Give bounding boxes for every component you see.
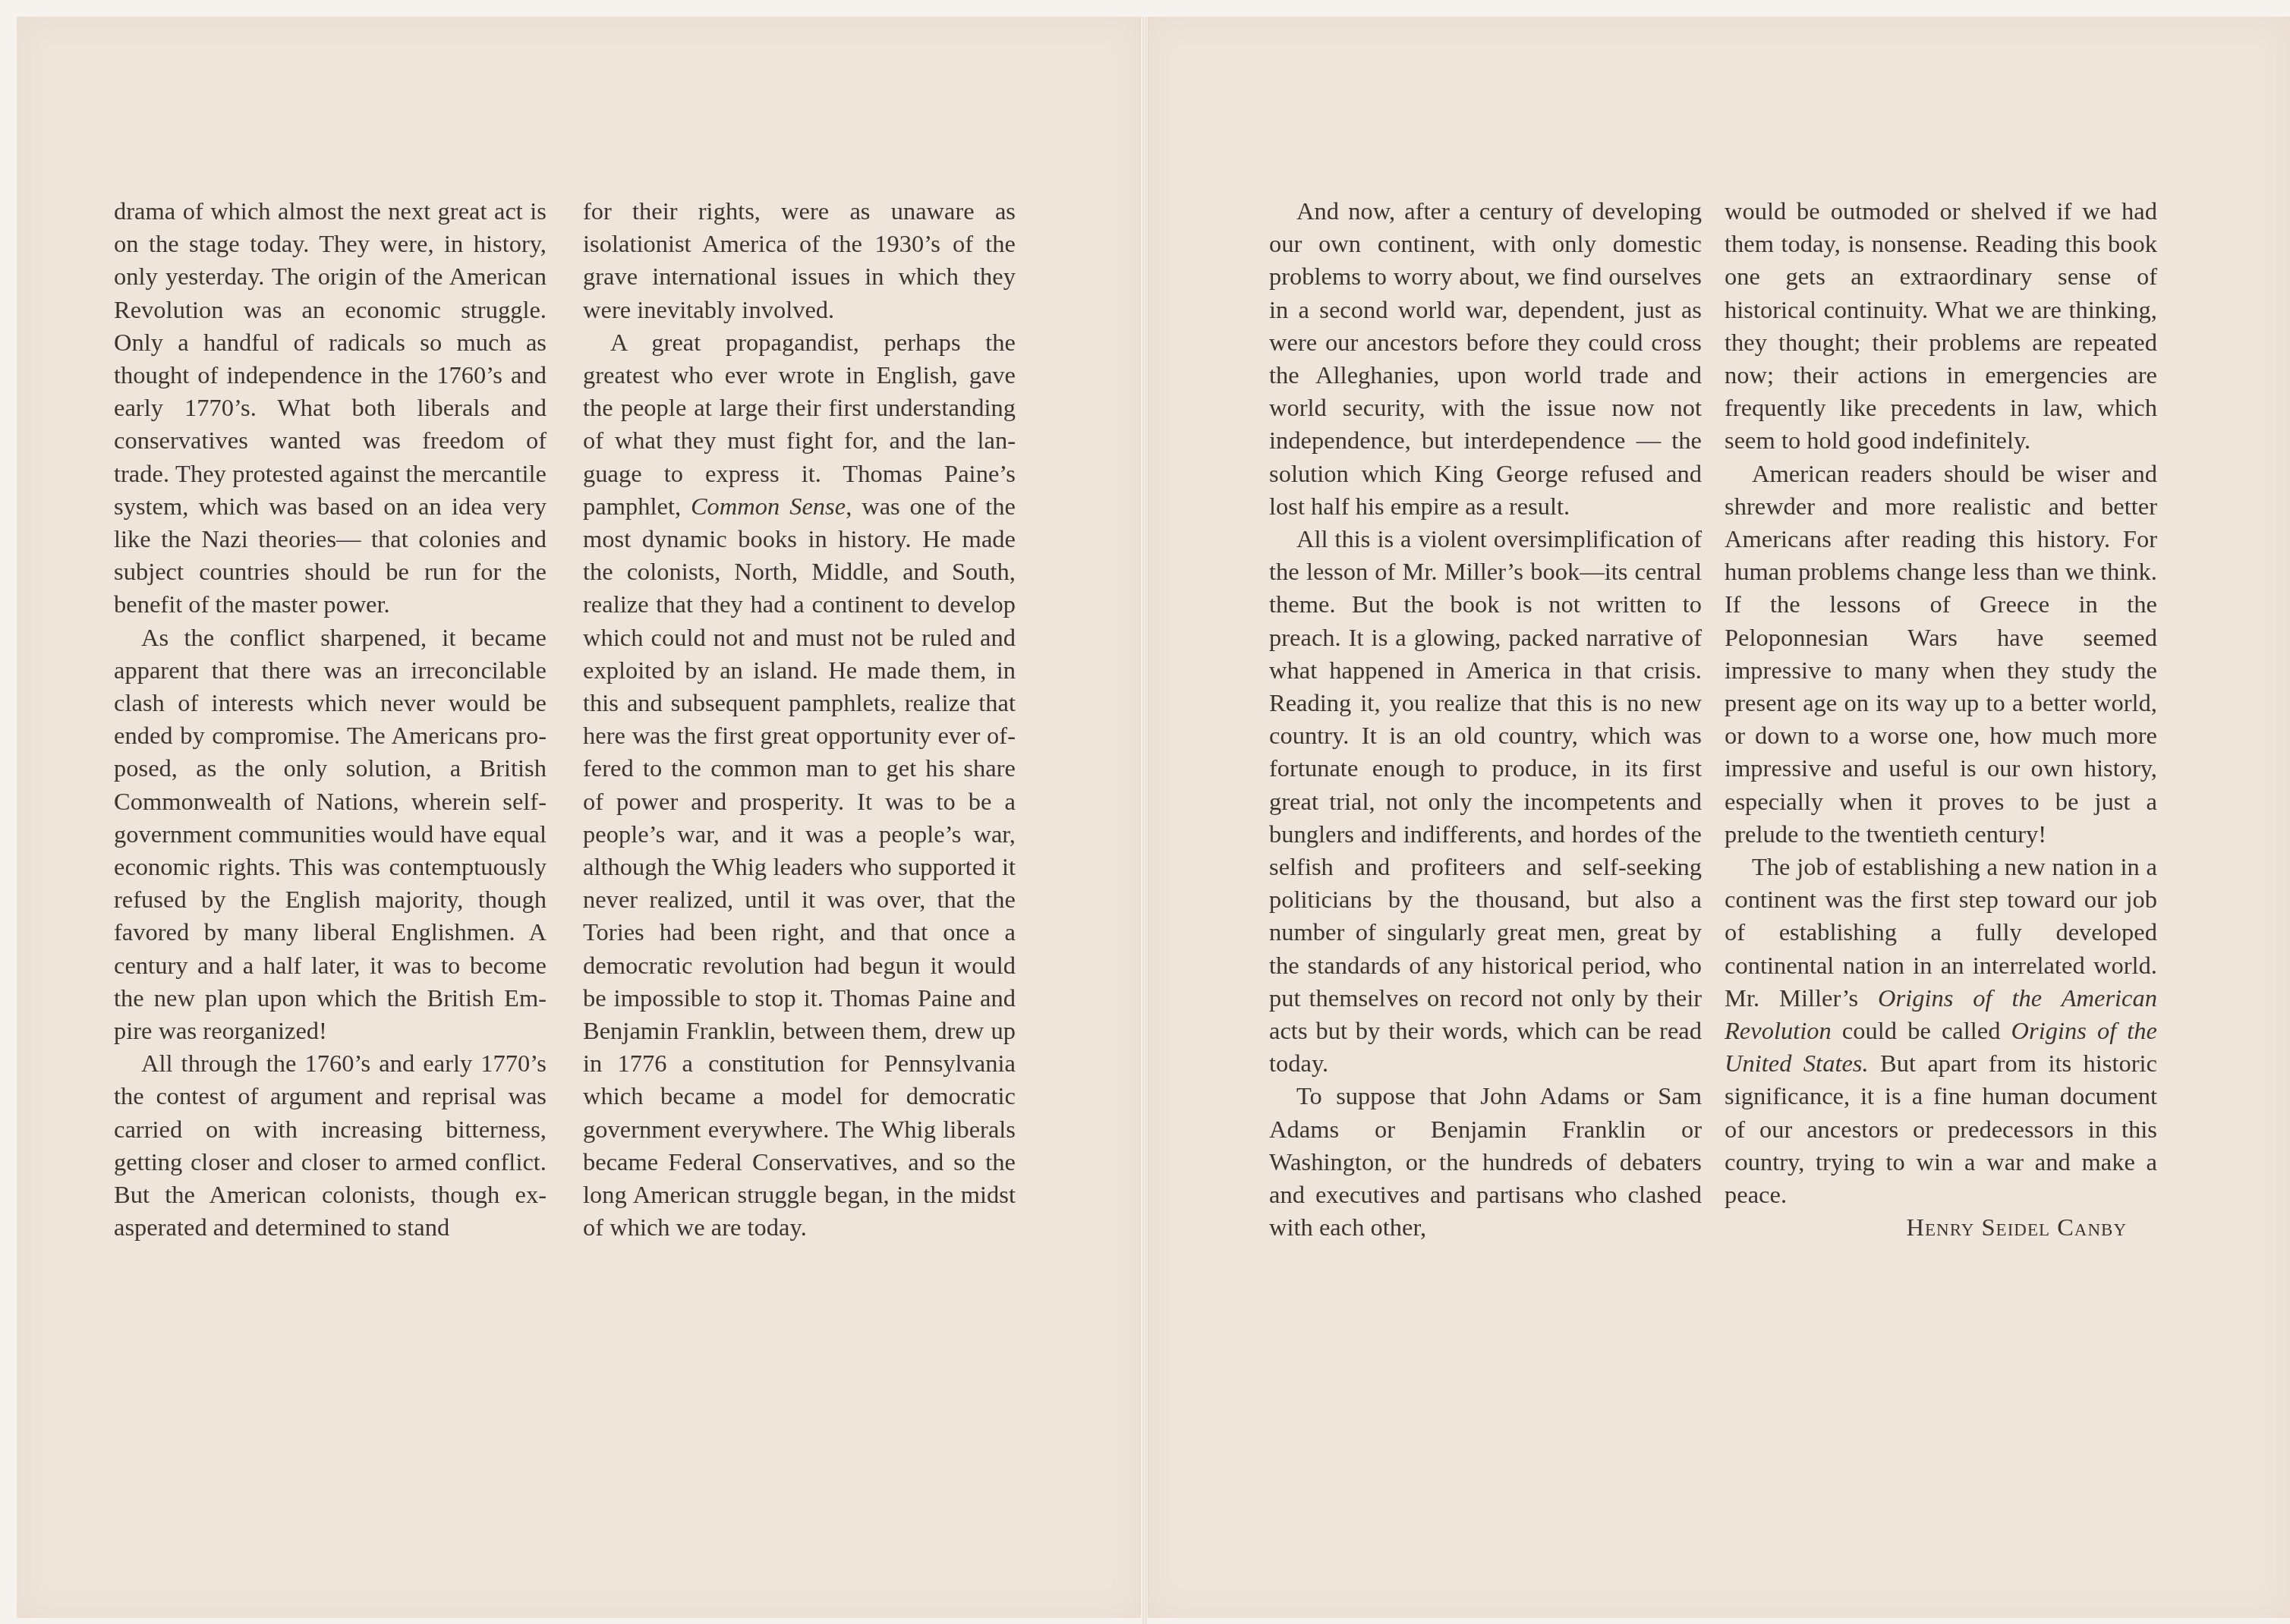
- text-run: could be called: [1832, 1018, 2011, 1045]
- paragraph: To suppose that John Adams or Sam Adams …: [1269, 1081, 1702, 1245]
- paragraph: All through the 1760’s and early 1770’s …: [114, 1048, 547, 1245]
- paragraph: drama of which almost the next great act…: [114, 196, 547, 622]
- column-4: would be outmoded or shelved if we had t…: [1725, 196, 2157, 1245]
- text-run: A great propagandist, perhaps the greate…: [583, 329, 1016, 521]
- paragraph: for their rights, were as unaware as iso…: [583, 196, 1016, 327]
- column-2: for their rights, were as unaware as iso…: [583, 196, 1016, 1245]
- paragraph: The job of establishing a new nation in …: [1725, 851, 2157, 1212]
- center-fold: [1142, 17, 1147, 1624]
- author-signature: Henry Seidel Canby: [1725, 1212, 2157, 1245]
- book-title-common-sense: Common Sense: [691, 493, 846, 521]
- paragraph: And now, after a century of de­veloping …: [1269, 196, 1702, 524]
- paragraph: A great propagandist, perhaps the greate…: [583, 327, 1016, 1245]
- column-1: drama of which almost the next great act…: [114, 196, 547, 1245]
- paragraph: As the conflict sharpened, it be­came ap…: [114, 622, 547, 1049]
- text-run: , was one of the most dynamic books in h…: [583, 493, 1016, 1242]
- column-3: And now, after a century of de­veloping …: [1269, 196, 1702, 1245]
- paragraph: American readers should be wiser and shr…: [1725, 458, 2157, 851]
- paragraph: All this is a violent oversimpli­ficatio…: [1269, 524, 1702, 1081]
- paragraph: would be outmoded or shelved if we had t…: [1725, 196, 2157, 458]
